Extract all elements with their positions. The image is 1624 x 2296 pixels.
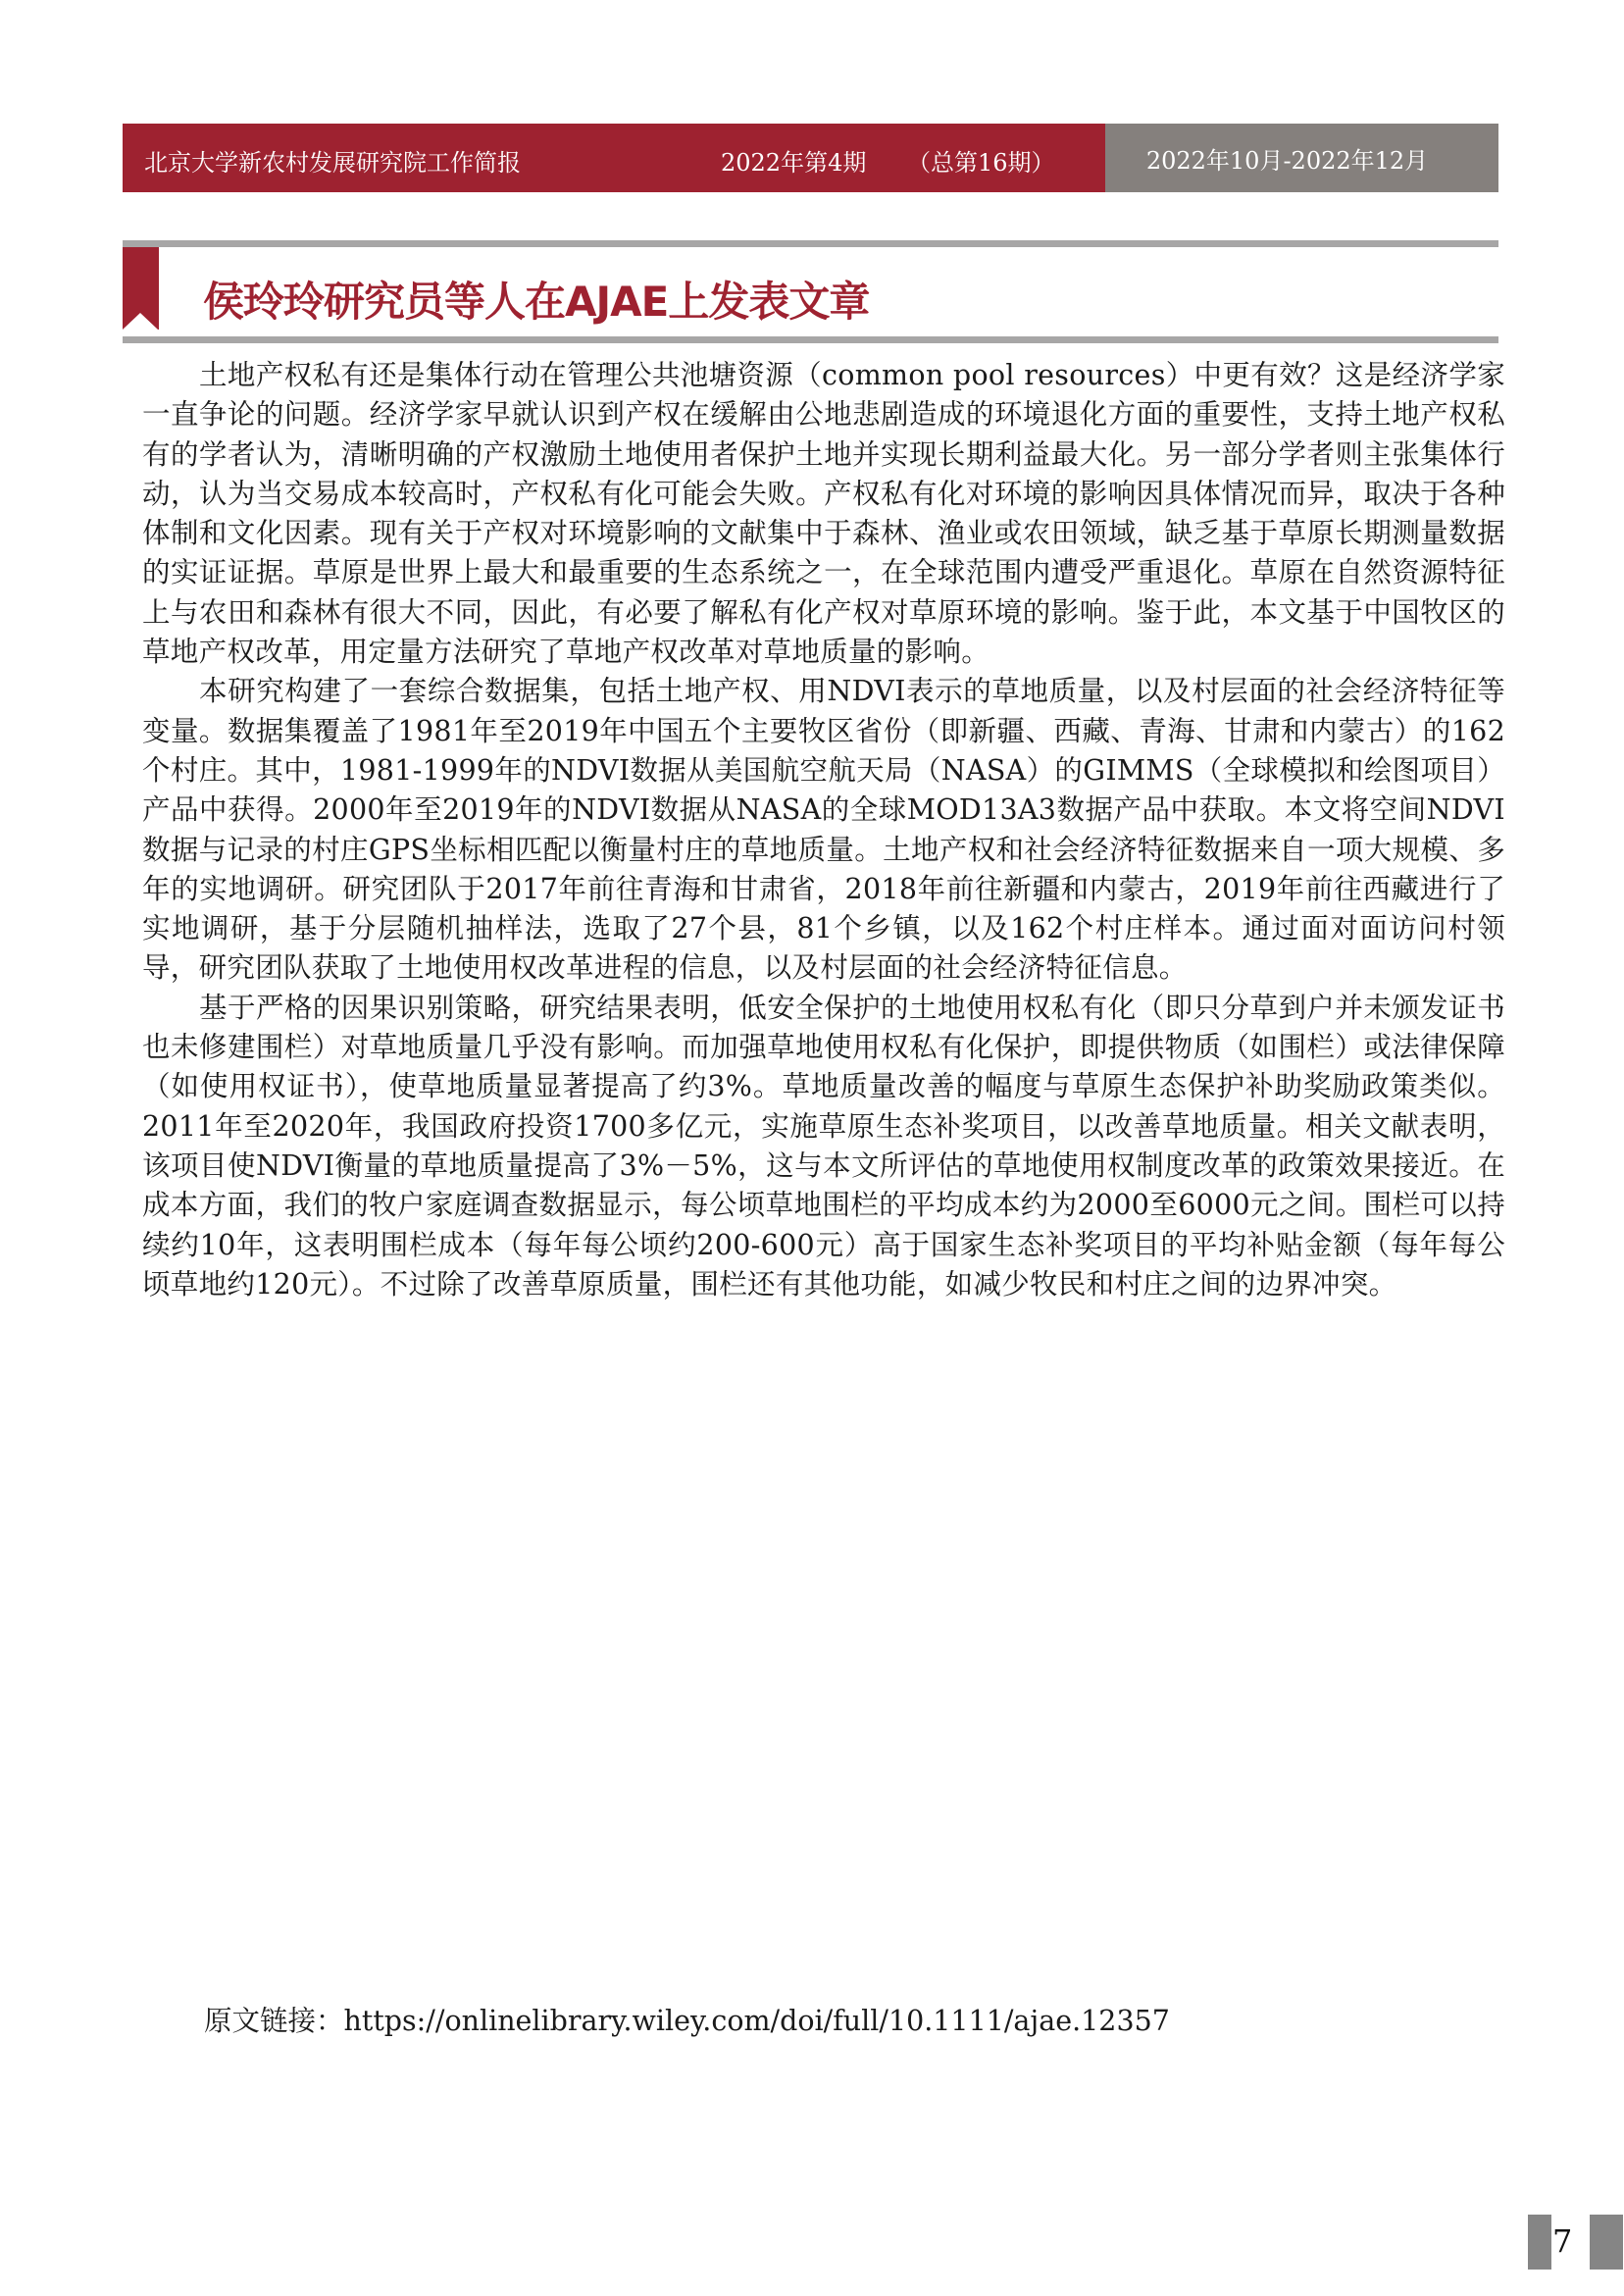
bookmark-ribbon-icon — [123, 247, 159, 330]
publication-name: 北京大学新农村发展研究院工作简报 — [144, 143, 521, 178]
paragraph-2: 本研究构建了一套综合数据集，包括土地产权、用NDVI表示的草地质量，以及村层面的… — [142, 672, 1505, 988]
header-gray-band: 2022年10月-2022年12月 — [1105, 124, 1498, 192]
source-url-link[interactable]: https://onlinelibrary.wiley.com/doi/full… — [344, 2005, 1170, 2037]
article-body: 土地产权私有还是集体行动在管理公共池塘资源（common pool resour… — [142, 356, 1505, 1304]
paragraph-3: 基于严格的因果识别策略，研究结果表明，低安全保护的土地使用权私有化（即只分草到户… — [142, 989, 1505, 1304]
date-range: 2022年10月-2022年12月 — [1146, 141, 1428, 176]
running-header: 北京大学新农村发展研究院工作简报 2022年第4期 （总第16期） 2022年1… — [123, 124, 1498, 192]
page-number: 7 — [1552, 2222, 1572, 2260]
source-link-line: 原文链接：https://onlinelibrary.wiley.com/doi… — [204, 1999, 1170, 2039]
page-number-left-bar — [1528, 2215, 1551, 2270]
page-number-block: 7 — [1528, 2215, 1623, 2270]
source-label: 原文链接： — [204, 2005, 344, 2037]
article-title: 侯玲玲研究员等人在AJAE上发表文章 — [203, 270, 869, 329]
title-rule-bottom — [123, 336, 1498, 343]
title-rule-top — [123, 240, 1498, 247]
page-number-right-bar — [1590, 2215, 1623, 2270]
header-red-band: 北京大学新农村发展研究院工作简报 2022年第4期 （总第16期） — [123, 124, 1105, 192]
paragraph-1: 土地产权私有还是集体行动在管理公共池塘资源（common pool resour… — [142, 356, 1505, 672]
issue-number: 2022年第4期 — [721, 143, 866, 178]
issue-total: （总第16期） — [907, 143, 1055, 178]
